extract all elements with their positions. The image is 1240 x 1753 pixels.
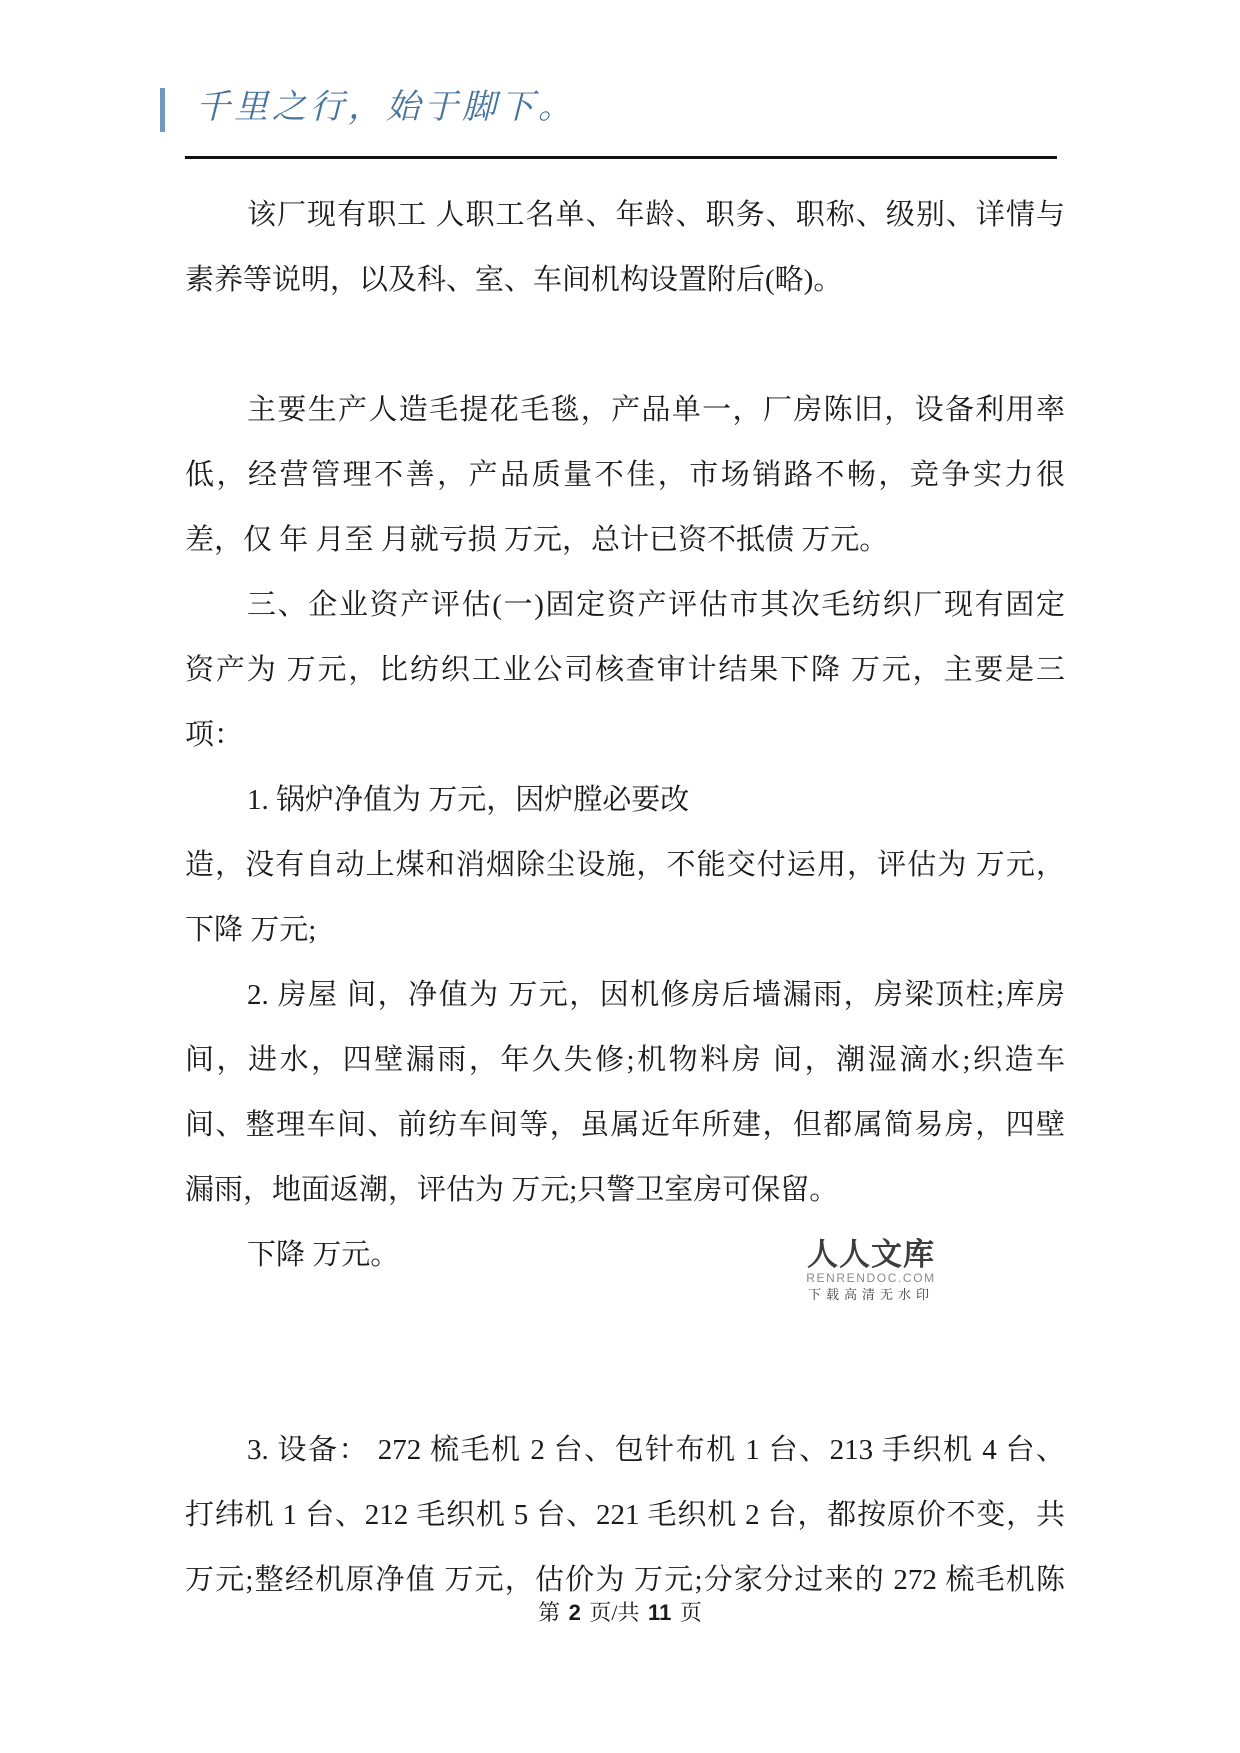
footer-suffix: 页 xyxy=(680,1600,702,1625)
doc-line: 打纬机 1 台、212 毛织机 5 台、221 毛织机 2 台，都按原价不变，共 xyxy=(185,1483,1065,1548)
doc-line: 3. 设备： 272 梳毛机 2 台、包针布机 1 台、213 手织机 4 台、 xyxy=(185,1418,1065,1483)
doc-line: 资产为 万元，比纺织工业公司核查审计结果下降 万元，主要是三 xyxy=(185,638,1065,703)
doc-line: 素养等说明，以及科、室、车间机构设置附后(略)。 xyxy=(185,248,1065,313)
document-page: 千里之行，始于脚下。 该厂现有职工 人职工名单、年龄、职务、职称、级别、详情与 … xyxy=(0,0,1240,1753)
footer-prefix: 第 xyxy=(538,1600,560,1625)
doc-line: 低，经营管理不善，产品质量不佳，市场销路不畅，竞争实力很 xyxy=(185,443,1065,508)
header-quote: 千里之行，始于脚下。 xyxy=(196,84,576,132)
doc-line: 主要生产人造毛提花毛毯，产品单一，厂房陈旧，设备利用率 xyxy=(185,378,1065,443)
watermark-tagline-text: 下载高清无水印 xyxy=(806,1287,936,1302)
doc-line: 间，进水，四壁漏雨，年久失修;机物料房 间，潮湿滴水;织造车 xyxy=(185,1028,1065,1093)
blank-line xyxy=(185,1353,1065,1418)
doc-line: 间、整理车间、前纺车间等，虽属近年所建，但都属简易房，四壁 xyxy=(185,1093,1065,1158)
quote-accent-bar xyxy=(160,88,165,132)
page-footer: 第 2 页/共 11 页 xyxy=(0,1598,1240,1628)
footer-page-current: 2 xyxy=(566,1600,584,1625)
doc-line: 该厂现有职工 人职工名单、年龄、职务、职称、级别、详情与 xyxy=(185,183,1065,248)
header-divider xyxy=(185,156,1057,159)
doc-line: 三、企业资产评估(一)固定资产评估市其次毛纺织厂现有固定 xyxy=(185,573,1065,638)
footer-middle: 页/共 xyxy=(589,1600,639,1625)
doc-line: 差，仅 年 月至 月就亏损 万元，总计已资不抵债 万元。 xyxy=(185,508,1065,573)
doc-line: 2. 房屋 间，净值为 万元，因机修房后墙漏雨，房梁顶柱;库房 xyxy=(185,963,1065,1028)
document-body: 该厂现有职工 人职工名单、年龄、职务、职称、级别、详情与 素养等说明，以及科、室… xyxy=(185,183,1065,1613)
blank-line xyxy=(185,313,1065,378)
doc-line: 下降 万元; xyxy=(185,898,1065,963)
watermark: 人人文库 RENRENDOC.COM 下载高清无水印 xyxy=(806,1238,936,1302)
watermark-domain-text: RENRENDOC.COM xyxy=(806,1272,936,1285)
doc-line: 造，没有自动上煤和消烟除尘设施，不能交付运用，评估为 万元， xyxy=(185,833,1065,898)
doc-line: 漏雨，地面返潮，评估为 万元;只警卫室房可保留。 xyxy=(185,1158,1065,1223)
doc-line: 1. 锅炉净值为 万元，因炉膛必要改 xyxy=(185,768,1065,833)
watermark-brand-text: 人人文库 xyxy=(806,1238,936,1272)
doc-line: 项： xyxy=(185,703,1065,768)
footer-page-total: 11 xyxy=(645,1600,674,1625)
